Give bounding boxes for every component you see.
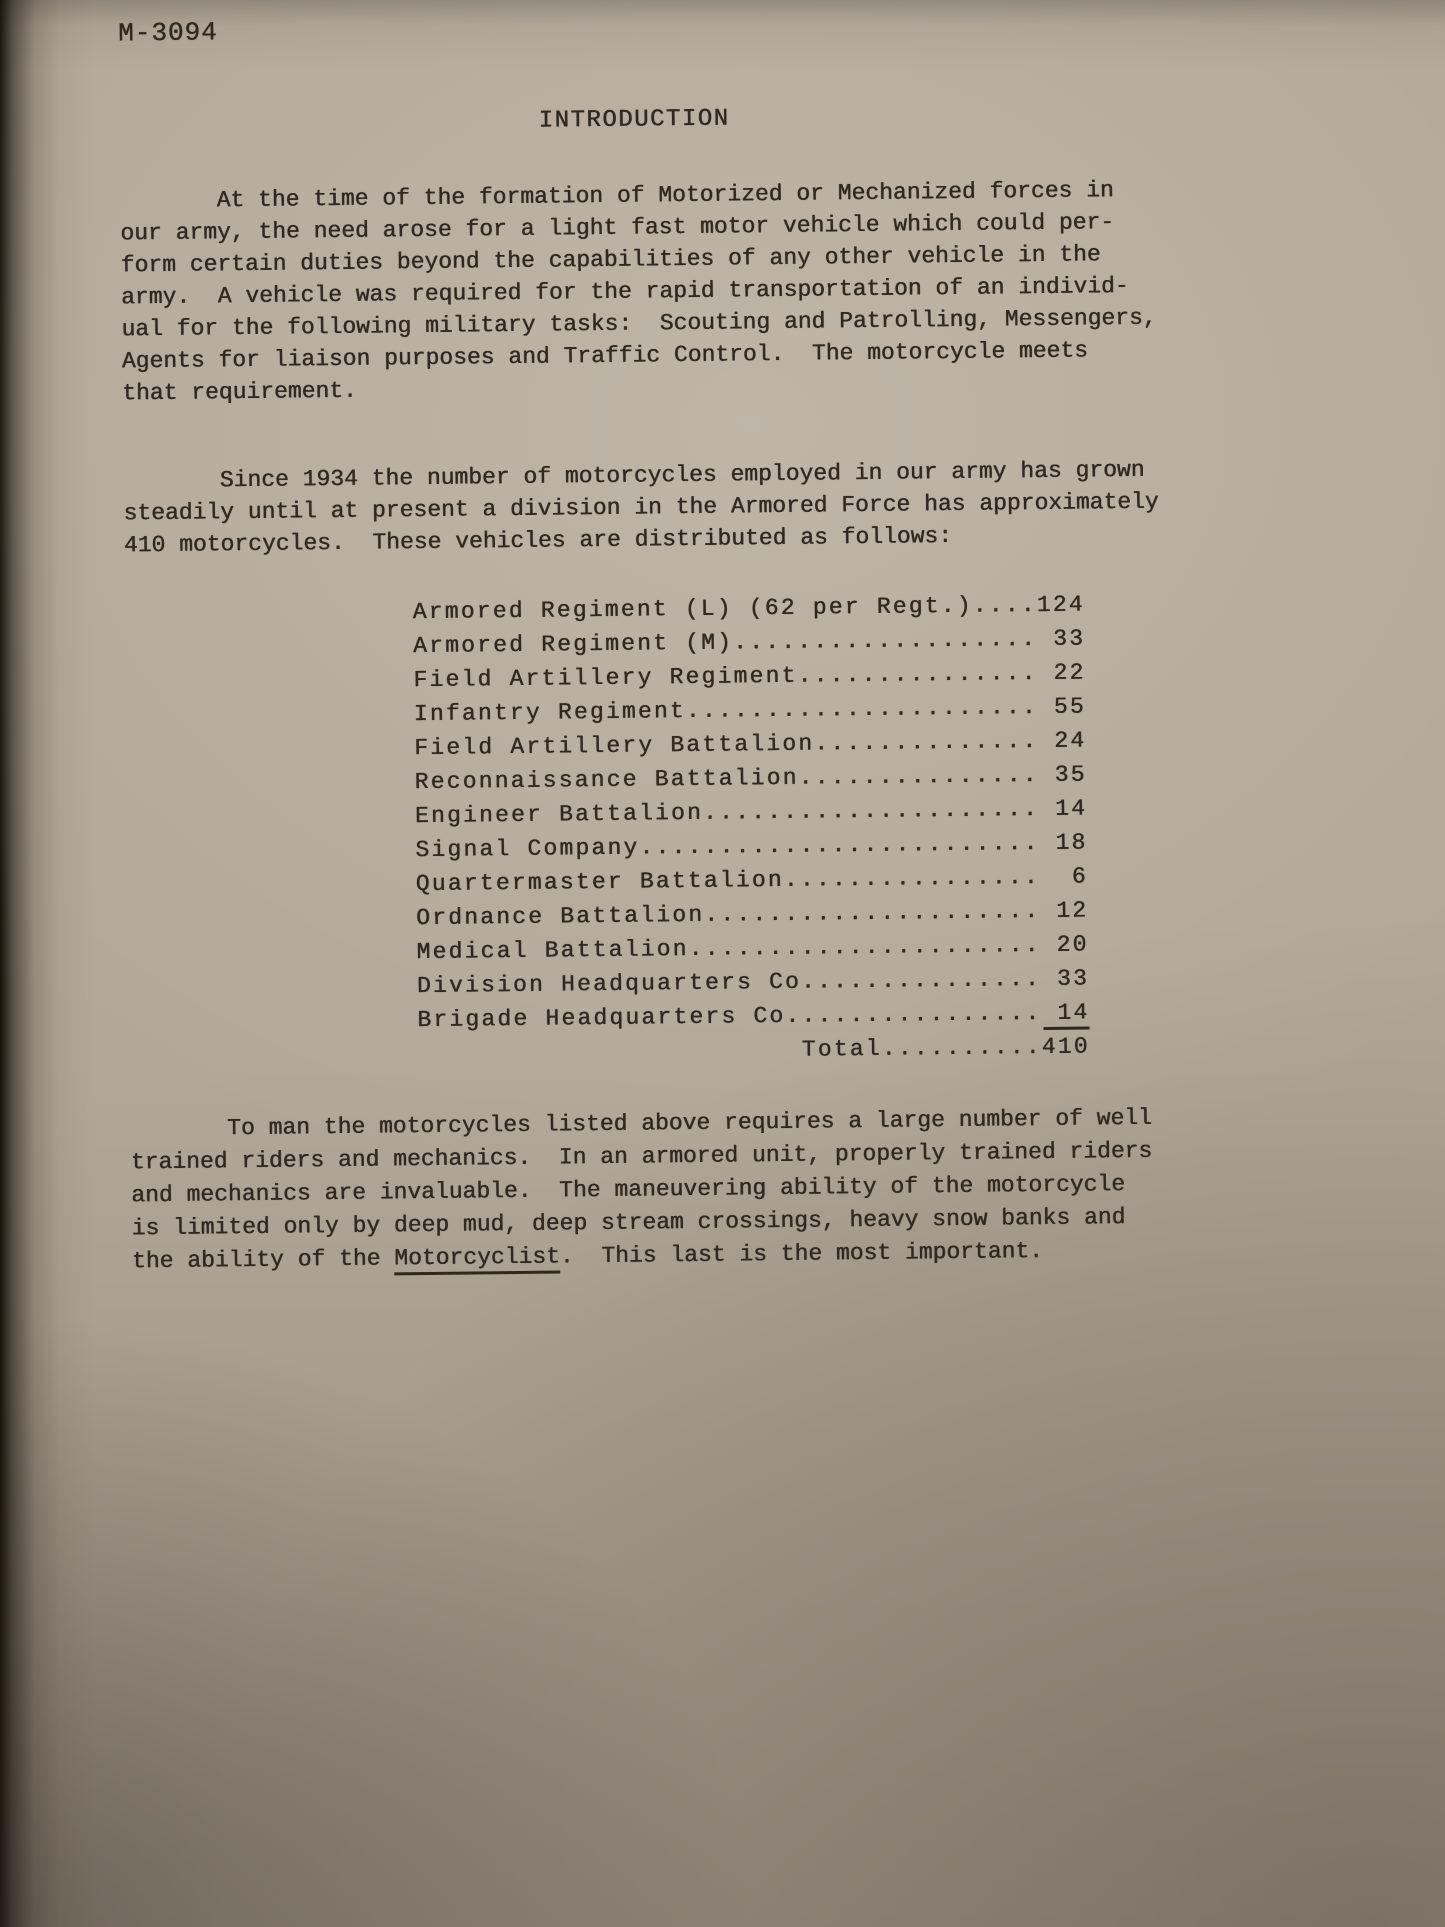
list-item-label: Ordnance Battalion..................... <box>416 898 1056 931</box>
motorcycle-distribution-list: Armored Regiment (L) (62 per Regt.)....1… <box>413 586 1240 1071</box>
total-value: 410 <box>1042 1033 1090 1060</box>
list-item-value: 14 <box>1055 796 1087 822</box>
underlined-word: Motorcyclist <box>394 1244 560 1276</box>
section-title: INTRODUCTION <box>119 99 1149 143</box>
list-item-value: 33 <box>1053 626 1085 652</box>
paragraph-since-1934: Since 1934 the number of motorcycles emp… <box>123 453 1234 562</box>
list-item-value: 35 <box>1055 762 1087 788</box>
list-item-label: Armored Regiment (L) (62 per Regt.).... <box>413 592 1037 625</box>
list-item-value: 6 <box>1072 864 1088 890</box>
list-item-value: 22 <box>1053 660 1085 686</box>
paragraph-intro: At the time of the formation of Motorize… <box>120 173 1232 410</box>
list-item-value: 20 <box>1057 932 1089 958</box>
list-item-value: 55 <box>1054 694 1086 720</box>
list-item-value-underlined: 14 <box>1043 999 1089 1030</box>
list-item-value: 124 <box>1037 592 1085 619</box>
list-item-label: Engineer Battalion..................... <box>415 796 1055 829</box>
list-item-label: Signal Company......................... <box>415 830 1055 863</box>
paragraph-closing: To man the motorcycles listed above requ… <box>130 1101 1242 1279</box>
list-item-label: Quartermaster Battalion................ <box>416 864 1072 897</box>
list-item-label: Division Headquarters Co............... <box>417 966 1057 999</box>
scanned-document-page: M-3094 INTRODUCTION At the time of the f… <box>0 0 1445 1927</box>
list-item-label: Reconnaissance Battalion............... <box>415 762 1055 795</box>
list-item-label: Field Artillery Battalion.............. <box>414 728 1054 761</box>
list-item-value: 18 <box>1055 830 1087 856</box>
list-item-label: Infantry Regiment...................... <box>414 694 1054 727</box>
total-label: Total.......... <box>418 1034 1042 1067</box>
list-item-label: Medical Battalion...................... <box>416 932 1056 965</box>
list-item-value: 24 <box>1054 728 1086 754</box>
page-content: M-3094 INTRODUCTION At the time of the f… <box>118 6 1242 1279</box>
document-number: M-3094 <box>118 6 1228 49</box>
list-item-label: Field Artillery Regiment............... <box>413 660 1053 693</box>
list-item-label: Brigade Headquarters Co................ <box>417 1000 1057 1033</box>
list-item-label: Armored Regiment (M)................... <box>413 626 1053 659</box>
list-item-value: 12 <box>1056 898 1088 924</box>
last-line-before: the ability of the <box>132 1245 395 1274</box>
list-item-value: 33 <box>1057 966 1089 992</box>
last-line-after: . This last is the most important. <box>560 1238 1043 1269</box>
